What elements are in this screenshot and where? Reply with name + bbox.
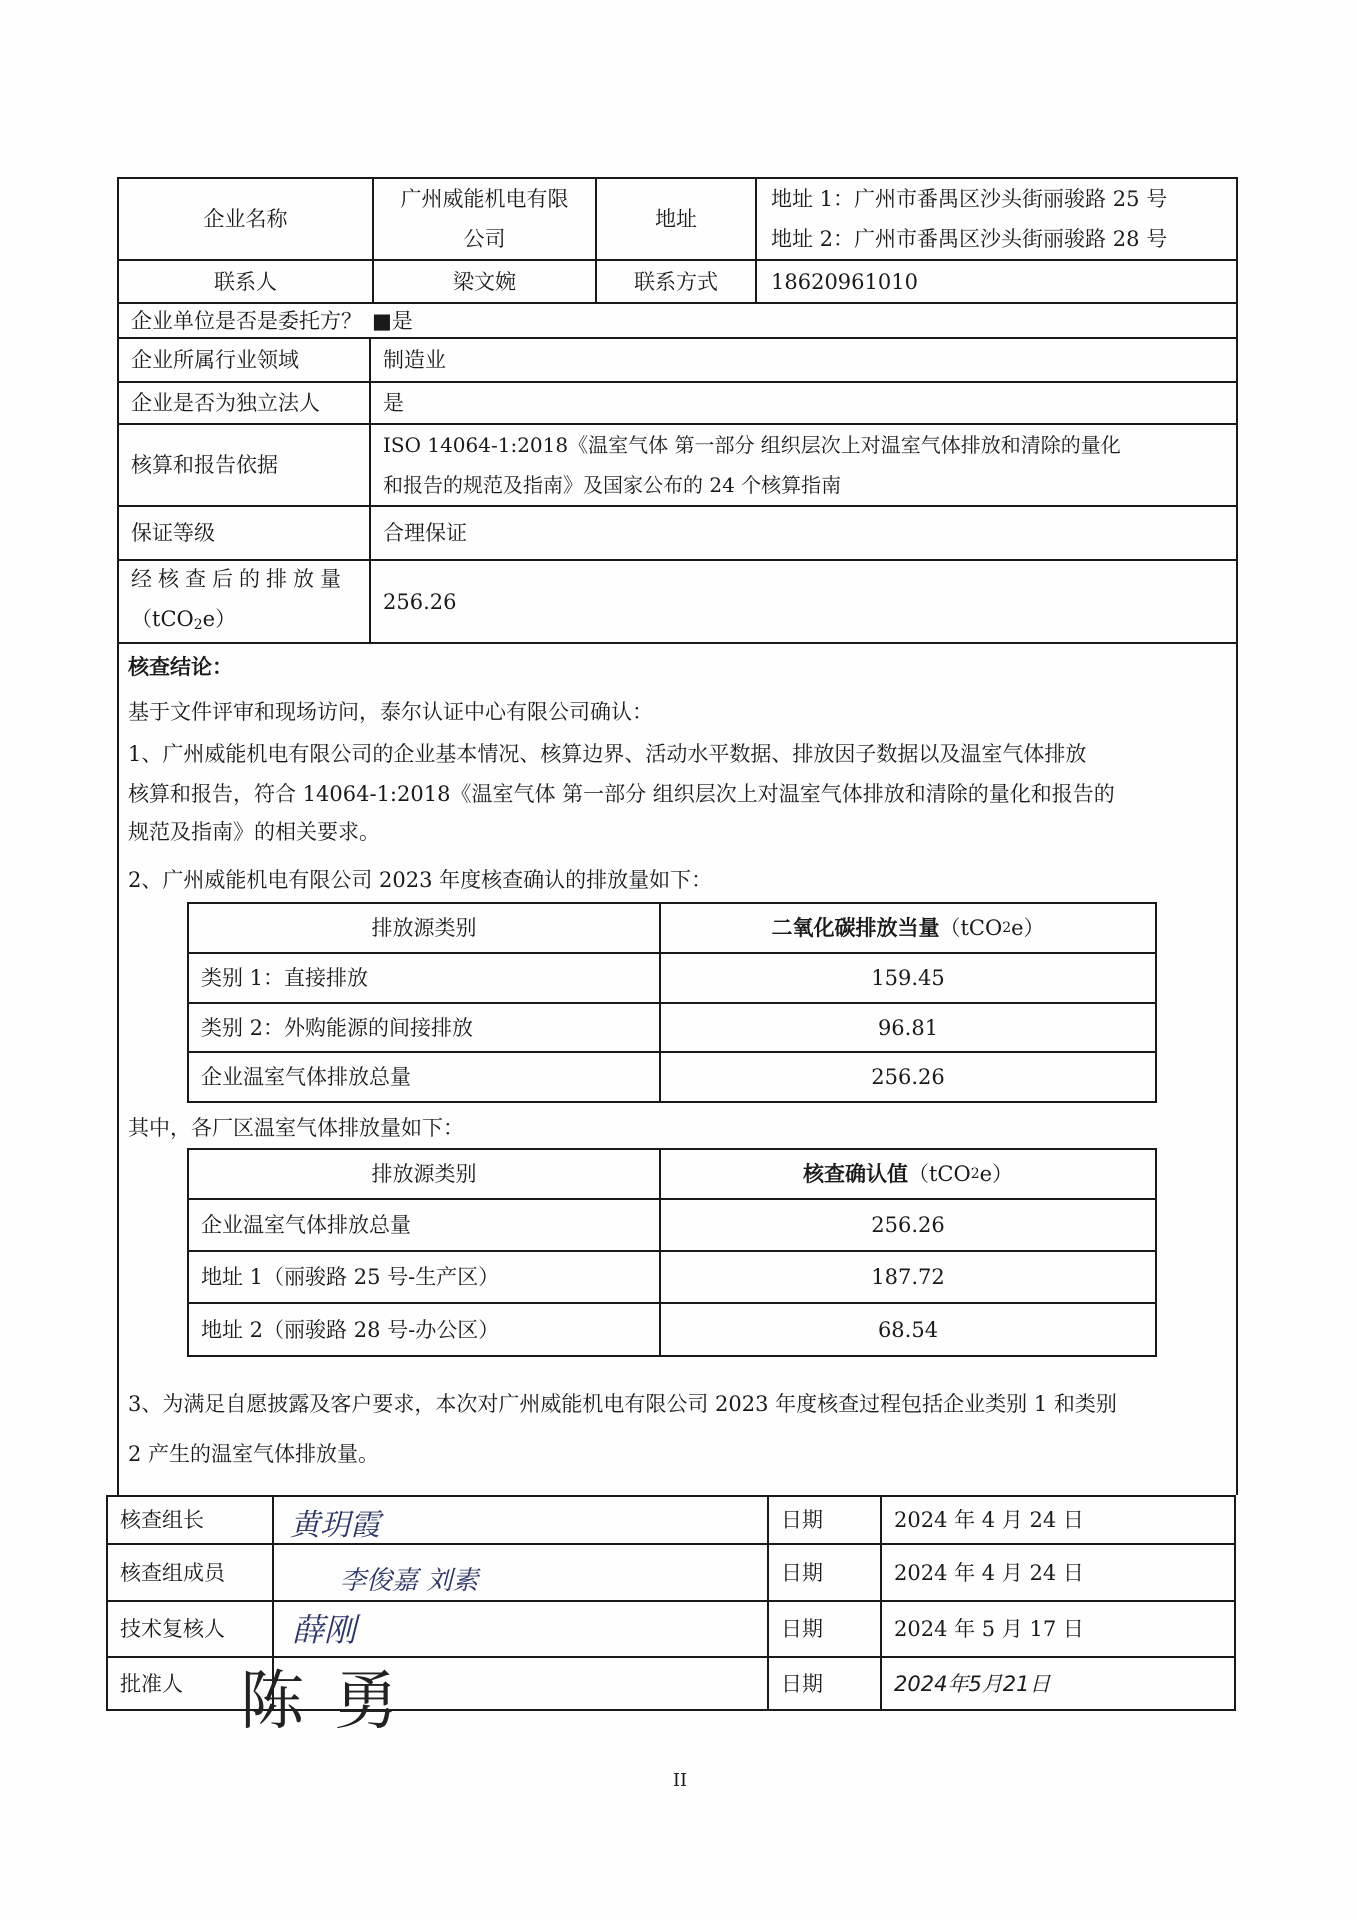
industry-label: 企业所属行业领域	[119, 339, 369, 381]
signature-leader: 黄玥霞	[290, 1500, 380, 1544]
emission-value: 256.26	[371, 561, 1236, 642]
role-reviewer: 技术复核人	[108, 1602, 272, 1656]
table-border	[1234, 1495, 1236, 1711]
client-answer: ■是	[372, 301, 413, 341]
client-row: 企业单位是否是委托方？ ■是	[119, 304, 1236, 337]
phone-value: 18620961010	[757, 261, 1236, 302]
address-2: 地址 2：广州市番禺区沙头街丽骏路 28 号	[771, 219, 1167, 259]
date-value: 2024 年 4 月 24 日	[882, 1497, 1234, 1543]
header-value: 核查确认值（tCO2e）	[661, 1150, 1155, 1198]
row-category: 企业温室气体排放总量	[189, 1200, 659, 1250]
company-name-line1: 广州威能机电有限	[401, 179, 569, 219]
address-label: 地址	[597, 179, 755, 259]
date-value: 2024 年 5 月 17 日	[882, 1602, 1234, 1656]
role-leader: 核查组长	[108, 1497, 272, 1543]
row-value: 96.81	[661, 1004, 1155, 1051]
row-category: 类别 1：直接排放	[189, 954, 659, 1002]
unit-post: e）	[980, 1154, 1013, 1194]
conclusion-item1-line1: 1、广州威能机电有限公司的企业基本情况、核算边界、活动水平数据、排放因子数据以及…	[128, 734, 1228, 774]
row-value: 159.45	[661, 954, 1155, 1002]
conclusion-item3-line1: 3、为满足自愿披露及客户要求，本次对广州威能机电有限公司 2023 年度核查过程…	[128, 1384, 1228, 1424]
table-border	[1155, 902, 1157, 1103]
emission-label-unit: （tCO2e）	[131, 599, 236, 645]
basis-line1: ISO 14064-1:2018《温室气体 第一部分 组织层次上对温室气体排放和…	[383, 425, 1121, 465]
signature-member: 李俊嘉 刘素	[340, 1560, 478, 1597]
date-label: 日期	[769, 1545, 880, 1600]
table-border	[187, 1355, 1157, 1357]
row-value: 68.54	[661, 1304, 1155, 1355]
date-value: 2024 年 4 月 24 日	[882, 1545, 1234, 1600]
unit-pre: （tCO	[908, 1154, 971, 1194]
header-value-label: 核查确认值	[803, 1154, 908, 1194]
unit-sub: 2	[971, 1154, 980, 1194]
row-category: 企业温室气体排放总量	[189, 1053, 659, 1101]
conclusion-item3-line2: 2 产生的温室气体排放量。	[128, 1434, 1228, 1474]
header-category: 排放源类别	[189, 1150, 659, 1198]
signature-reviewer: 薛刚	[292, 1605, 356, 1651]
contact-label: 联系人	[119, 261, 372, 302]
page-number: II	[640, 1770, 720, 1791]
table-border	[187, 1101, 1157, 1103]
header-value-label: 二氧化碳排放当量	[771, 908, 939, 948]
document-page: 企业名称 广州威能机电有限 公司 地址 地址 1：广州市番禺区沙头街丽骏路 25…	[0, 0, 1357, 1920]
emission-label: 经核查后的排放量 （tCO2e）	[119, 561, 369, 642]
row-divider	[117, 642, 1238, 644]
address-value: 地址 1：广州市番禺区沙头街丽骏路 25 号 地址 2：广州市番禺区沙头街丽骏路…	[757, 179, 1236, 259]
table-border	[1155, 1148, 1157, 1357]
conclusion-intro: 基于文件评审和现场访问，泰尔认证中心有限公司确认：	[128, 692, 1228, 732]
legal-value: 是	[371, 383, 1236, 423]
date-label: 日期	[769, 1658, 880, 1709]
client-question: 企业单位是否是委托方？	[131, 301, 362, 341]
row-value: 256.26	[661, 1053, 1155, 1101]
assurance-label: 保证等级	[119, 507, 369, 559]
date-label: 日期	[769, 1497, 880, 1543]
date-value-handwritten: 2024年5月21日	[882, 1658, 1234, 1709]
unit-pre: （tCO	[939, 908, 1002, 948]
basis-line2: 和报告的规范及指南》及国家公布的 24 个核算指南	[383, 465, 841, 505]
unit-post: e）	[203, 607, 236, 631]
unit-sub: 2	[1002, 908, 1011, 948]
header-value: 二氧化碳排放当量（tCO2e）	[661, 904, 1155, 952]
unit-pre: （tCO	[131, 607, 194, 631]
conclusion-item2: 2、广州威能机电有限公司 2023 年度核查确认的排放量如下：	[128, 860, 1228, 900]
row-category: 地址 1（丽骏路 25 号-生产区）	[189, 1252, 659, 1302]
emission-label-line1: 经核查后的排放量	[131, 559, 347, 599]
signature-approver: 陈勇	[240, 1650, 428, 1742]
legal-label: 企业是否为独立法人	[119, 383, 369, 423]
company-name-value: 广州威能机电有限 公司	[374, 179, 595, 259]
unit-sub: 2	[194, 617, 203, 633]
conclusion-heading: 核查结论：	[128, 647, 1228, 687]
unit-post: e）	[1011, 908, 1044, 948]
row-value: 256.26	[661, 1200, 1155, 1250]
row-category: 地址 2（丽骏路 28 号-办公区）	[189, 1304, 659, 1355]
company-name-label: 企业名称	[119, 179, 372, 259]
conclusion-item1-line2: 核算和报告，符合 14064-1:2018《温室气体 第一部分 组织层次上对温室…	[128, 774, 1228, 814]
phone-label: 联系方式	[597, 261, 755, 302]
date-label: 日期	[769, 1602, 880, 1656]
table-border	[1236, 177, 1238, 1495]
address-1: 地址 1：广州市番禺区沙头街丽骏路 25 号	[771, 179, 1167, 219]
role-member: 核查组成员	[108, 1545, 272, 1600]
basis-label: 核算和报告依据	[119, 425, 369, 505]
conclusion-sub-intro: 其中，各厂区温室气体排放量如下：	[128, 1108, 1228, 1148]
company-name-line2: 公司	[464, 219, 506, 259]
row-value: 187.72	[661, 1252, 1155, 1302]
industry-value: 制造业	[371, 339, 1236, 381]
assurance-value: 合理保证	[371, 507, 1236, 559]
header-category: 排放源类别	[189, 904, 659, 952]
conclusion-item1-line3: 规范及指南》的相关要求。	[128, 812, 1228, 852]
contact-value: 梁文婉	[374, 261, 595, 302]
row-category: 类别 2：外购能源的间接排放	[189, 1004, 659, 1051]
basis-value: ISO 14064-1:2018《温室气体 第一部分 组织层次上对温室气体排放和…	[371, 425, 1236, 505]
